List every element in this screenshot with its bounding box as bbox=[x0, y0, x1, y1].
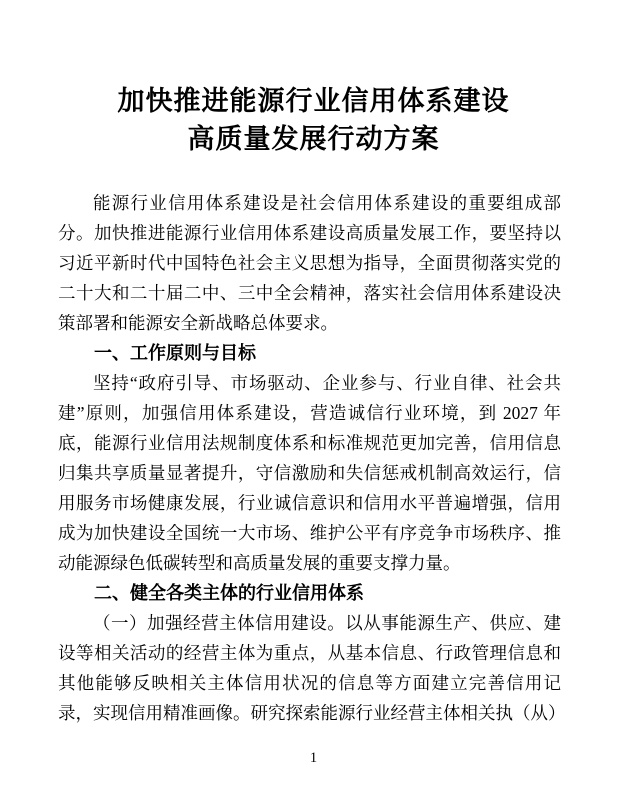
section-heading-credit-system: 二、健全各类主体的行业信用体系 bbox=[58, 578, 561, 608]
paragraph-principles-goals: 坚持“政府引导、市场驱动、企业参与、行业自律、社会共建”原则，加强信用体系建设，… bbox=[58, 368, 561, 578]
title-line-1: 加快推进能源行业信用体系建设 bbox=[0, 82, 627, 120]
paragraph-business-entity-credit: （一）加强经营主体信用建设。以从事能源生产、供应、建设等相关活动的经营主体为重点… bbox=[58, 608, 561, 728]
paragraph-lead-sentence: （一）加强经营主体信用建设。 bbox=[93, 613, 345, 633]
title-line-2: 高质量发展行动方案 bbox=[0, 120, 627, 158]
section-heading-principles-goals: 一、工作原则与目标 bbox=[58, 338, 561, 368]
page-number: 1 bbox=[0, 750, 627, 767]
document-body: 能源行业信用体系建设是社会信用体系建设的重要组成部分。加快推进能源行业信用体系建… bbox=[58, 188, 561, 728]
document-page: 加快推进能源行业信用体系建设 高质量发展行动方案 能源行业信用体系建设是社会信用… bbox=[0, 0, 627, 801]
paragraph-intro: 能源行业信用体系建设是社会信用体系建设的重要组成部分。加快推进能源行业信用体系建… bbox=[58, 188, 561, 338]
document-title: 加快推进能源行业信用体系建设 高质量发展行动方案 bbox=[0, 0, 627, 158]
